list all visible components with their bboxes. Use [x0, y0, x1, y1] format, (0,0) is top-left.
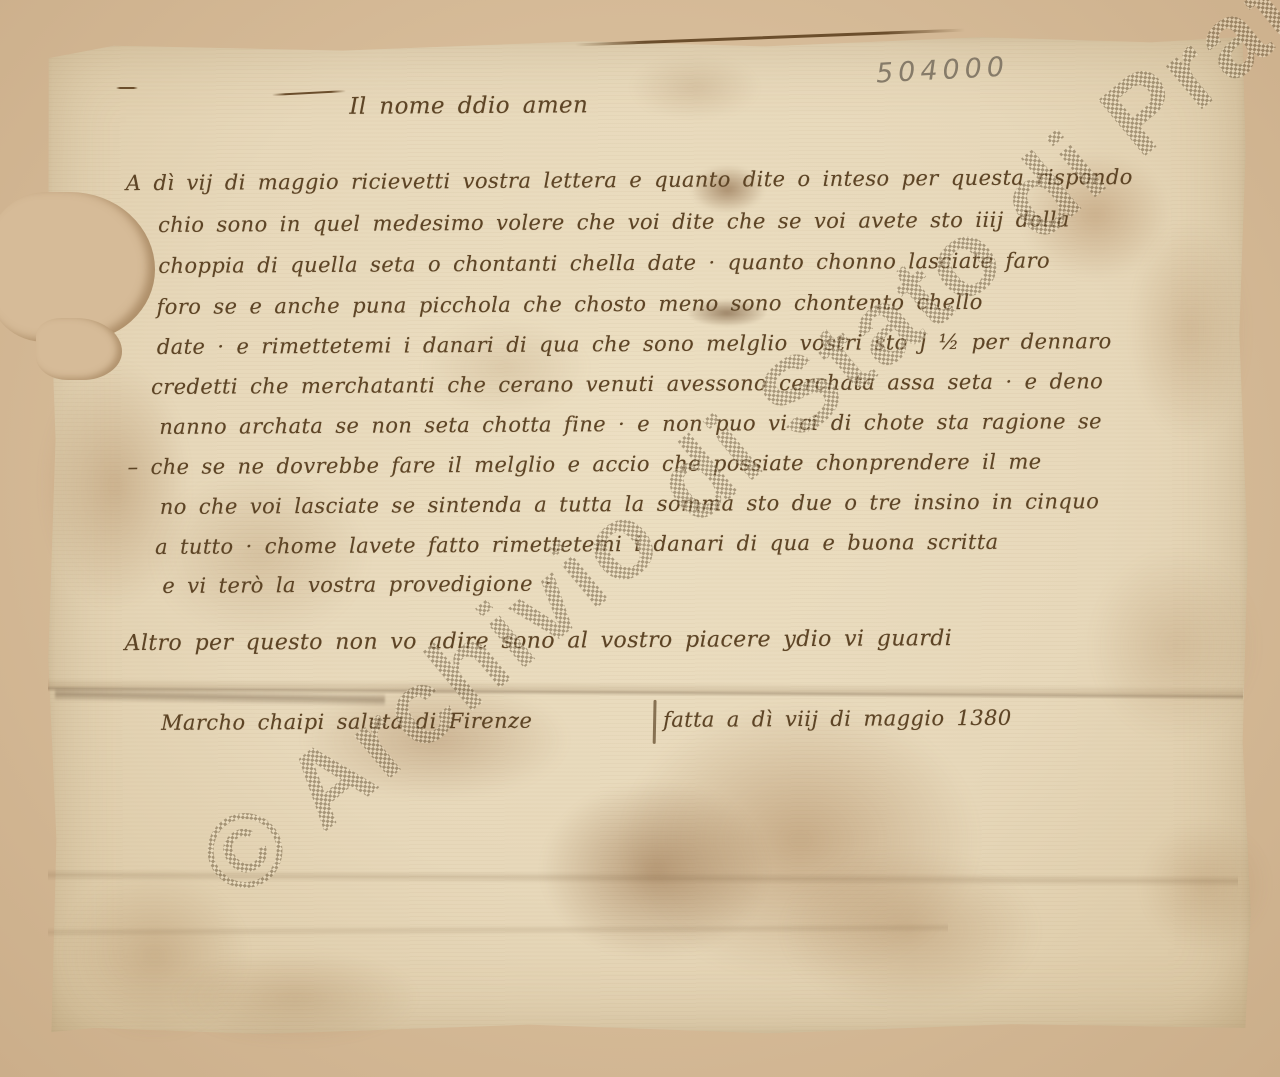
body-line-11: e vi terò la vostra provedigione · [162, 572, 552, 598]
closing-line: Altro per questo non vo adire sono al vo… [125, 626, 953, 656]
body-line-6: credetti che merchatanti che cerano venu… [151, 369, 1103, 399]
invocation-line: Il nome ddio amen [349, 92, 588, 119]
body-line-5: date · e rimettetemi i danari di qua che… [157, 329, 1112, 359]
photo-of-manuscript-letter: Il nome ddio amen A dì vij di maggio ric… [0, 0, 1280, 1077]
dateline: fatta a dì viij di maggio 1380 [663, 706, 1012, 732]
handwriting-layer: Il nome ddio amen A dì vij di maggio ric… [0, 0, 1280, 1077]
body-line-3: choppia di quella seta o chontanti chell… [158, 248, 1050, 277]
pen-separator-mark [653, 700, 657, 744]
signature-line: Marcho chaipi saluta di Firenze [161, 709, 532, 735]
body-line-8: – che se ne dovrebbe fare il melglio e a… [127, 450, 1041, 480]
body-line-7: nanno archata se non seta chotta fine · … [159, 409, 1102, 439]
body-line-1: A dì vij di maggio ricievetti vostra let… [126, 165, 1133, 195]
body-line-9: no che voi lasciate se sintenda a tutta … [160, 489, 1100, 519]
body-line-4: foro se e anche puna picchola che chosto… [157, 290, 983, 319]
body-line-10: a tutto · chome lavete fatto rimettetemi… [155, 530, 999, 559]
body-line-2: chio sono in quel medesimo volere che vo… [158, 207, 1070, 237]
